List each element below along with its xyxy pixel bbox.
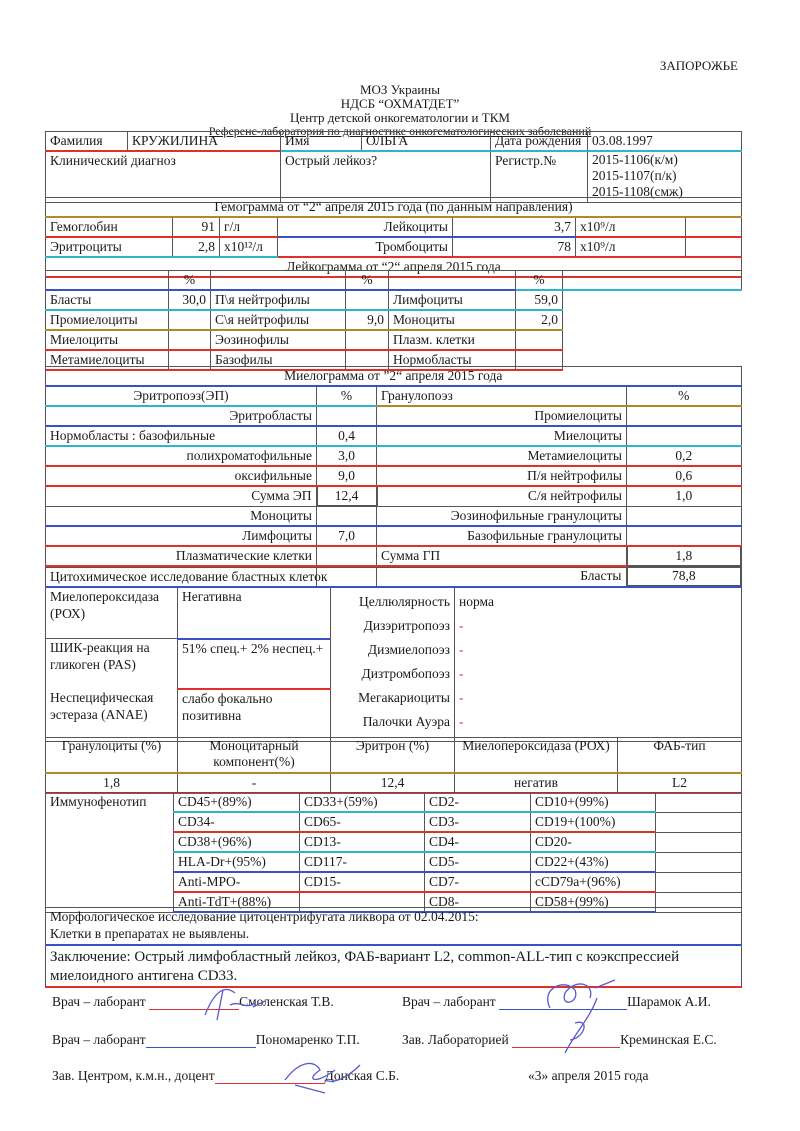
feature-label: Палочки Ауэра [335,710,450,734]
platelets-unit: x10⁹/л [576,237,686,257]
immuno-marker: CD10+(99%) [531,793,656,813]
cell-value [516,330,563,350]
feature-value: - [459,614,737,638]
myelogram-row: ЭритробластыПромиелоциты [46,406,742,426]
cell-label: Промиелоциты [46,310,169,330]
erythropoiesis-header: Эритропоэз(ЭП) [46,386,317,406]
cell-value: 30,0 [169,290,211,310]
feature-label: Целлюлярность [335,590,450,614]
summary-value: 12,4 [331,773,455,793]
signature-row-3: Врач – лаборантПономаренко Т.П. [52,1032,360,1048]
cell-value: 3,0 [317,446,377,466]
erythrocytes-unit: x10¹²/л [220,237,278,257]
surname-label: Фамилия [46,132,128,152]
feature-value: норма [459,590,737,614]
test-pas-result: 51% спец.+ 2% неспец.+ [178,639,331,690]
summary-header: Гранулоциты (%) [46,738,178,774]
hemoglobin-label: Гемоглобин [46,217,173,237]
leukocytes-value: 3,7 [453,217,576,237]
cell-label: Нормобласты : базофильные [46,426,317,446]
cell-value: 2,0 [516,310,563,330]
cell-label: Эозинофилы [211,330,346,350]
cell-value: 0,6 [627,466,742,486]
cell-label: Сумма ГП [377,546,627,566]
immuno-marker: HLA-Dr+(95%) [174,852,300,872]
leukogram-table: % % % Бласты30,0П\я нейтрофилыЛимфоциты5… [45,270,742,371]
myelogram-row: Плазматические клеткиСумма ГП1,8 [46,546,742,566]
cell-label: Эозинофильные гранулоциты [377,506,627,526]
immuno-marker: CD45+(89%) [174,793,300,813]
leukocytes-label: Лейкоциты [278,217,453,237]
cell-label: Моноциты [46,506,317,526]
cell-value [346,330,389,350]
cell-label: Бласты [46,290,169,310]
myelogram-row: Сумма ЭП12,4С/я нейтрофилы1,0 [46,486,742,506]
report-date: «3» апреля 2015 года [528,1068,649,1084]
immuno-marker: CD7- [425,872,531,892]
immuno-marker: CD65- [300,812,425,832]
hemoglobin-unit: г/л [220,217,278,237]
immuno-marker: CD38+(96%) [174,832,300,852]
feature-value: - [459,686,737,710]
feature-label: Дизтромбопоэз [335,662,450,686]
immuno-label: Иммунофенотип [46,793,174,913]
myelogram-row: полихроматофильные3,0Метамиелоциты0,2 [46,446,742,466]
immuno-marker: CD2- [425,793,531,813]
reg-number: 2015-1107(п/к) [592,168,737,184]
signature-role: Врач – лаборант [402,994,496,1009]
cell-label: Лимфоциты [389,290,516,310]
summary-value: 1,8 [46,773,178,793]
cytochem-title: Цитохимическое исследование бластных кле… [46,568,742,588]
immuno-marker: cCD79a+(96%) [531,872,656,892]
cell-label: полихроматофильные [46,446,317,466]
immuno-marker: Anti-MPO- [174,872,300,892]
summary-header: Моноцитарный компонент(%) [178,738,331,774]
signature-scribble-icon [275,1055,365,1095]
reg-number: 2015-1106(к/м) [592,152,737,168]
immuno-marker: CD20- [531,832,656,852]
cell-value: 9,0 [317,466,377,486]
signature-name: Креминская Е.С. [620,1032,717,1047]
immuno-marker: CD3- [425,812,531,832]
hemogram-title: Гемограмма от “2“ апреля 2015 года (по д… [46,198,742,218]
cell-label: П/я нейтрофилы [377,466,627,486]
immuno-marker: CD33+(59%) [300,793,425,813]
cell-label: Миелоциты [377,426,627,446]
feature-value: - [459,662,737,686]
cell-value: 12,4 [317,486,377,506]
summary-value: L2 [618,773,742,793]
cell-label: Промиелоциты [377,406,627,426]
test-pox-name: Миелопероксидаза (РОХ) [46,587,178,639]
cell-value: 1,0 [627,486,742,506]
cell-value: 0,4 [317,426,377,446]
cell-value: 9,0 [346,310,389,330]
cell-value [317,406,377,426]
pct-header: % [516,271,563,291]
feature-value: - [459,710,737,734]
test-anae-result: слабо фокально позитивна [178,689,331,742]
csf-result: Клетки в препаратах не выявлены. [50,925,737,942]
immuno-marker: CD19+(100%) [531,812,656,832]
cell-label: Эритробласты [46,406,317,426]
diagnosis-value: Острый лейкоз? [281,151,491,202]
signature-name: Пономаренко Т.П. [256,1032,360,1047]
cell-label: Плазм. клетки [389,330,516,350]
city-label: ЗАПОРОЖЬЕ [660,58,738,74]
immuno-marker: CD13- [300,832,425,852]
immuno-marker: CD5- [425,852,531,872]
summary-table: Гранулоциты (%)Моноцитарный компонент(%)… [45,737,742,794]
feature-value: - [459,638,737,662]
signature-role: Зав. Лабораторией [402,1032,509,1047]
cell-label: Метамиелоциты [377,446,627,466]
cytochem-features-labels: Целлюлярность Дизэритропоэз Дизмиелопоэз… [331,587,455,742]
cell-value: 59,0 [516,290,563,310]
erythrocytes-label: Эритроциты [46,237,173,257]
feature-label: Дизмиелопоэз [335,638,450,662]
cell-value [169,310,211,330]
cell-value: 0,2 [627,446,742,466]
leukocytes-unit: x10⁹/л [576,217,686,237]
myelogram-row: Лимфоциты7,0Базофильные гранулоциты [46,526,742,546]
reg-label: Регистр.№ [491,151,588,202]
cell-value [317,546,377,566]
signature-role: Врач – лаборант [52,994,146,1009]
test-pas-name: ШИК-реакция на гликоген (PAS) [46,639,178,690]
myelogram-title: Миелограмма от ”2“ апреля 2015 года [46,367,742,387]
leukogram-row: МиелоцитыЭозинофилыПлазм. клетки [46,330,742,350]
center-heading: Центр детской онкогематологии и ТКМ [0,110,800,125]
signature-role: Зав. Центром, к.м.н., доцент [52,1068,215,1083]
pct-header: % [169,271,211,291]
name-value: ОЛЬГА [362,132,491,152]
signature-scribble-icon [195,985,275,1025]
signature-role: Врач – лаборант [52,1032,146,1047]
cytochem-features-values: норма - - - - - [455,587,742,742]
myelogram-row: МоноцитыЭозинофильные гранулоциты [46,506,742,526]
leukogram-row: ПромиелоцитыС\я нейтрофилы9,0Моноциты2,0 [46,310,742,330]
myelogram-row: Нормобласты : базофильные0,4Миелоциты [46,426,742,446]
cell-value [169,330,211,350]
hemoglobin-value: 91 [173,217,220,237]
signature-row-1: Врач – лаборант Смоленская Т.В. [52,994,334,1010]
csf-title: Морфологическое исследование цитоцентриф… [50,908,737,925]
myelogram-row: оксифильные9,0П/я нейтрофилы0,6 [46,466,742,486]
leukogram-row: Бласты30,0П\я нейтрофилыЛимфоциты59,0 [46,290,742,310]
cell-label: оксифильные [46,466,317,486]
patient-table: Фамилия КРУЖИЛИНА Имя ОЛЬГА Дата рождени… [45,131,742,203]
pct-header: % [317,386,377,406]
dob-value: 03.08.1997 [588,132,742,152]
surname-value: КРУЖИЛИНА [128,132,281,152]
cytochem-table: Цитохимическое исследование бластных кле… [45,567,742,742]
pct-header: % [346,271,389,291]
hemogram-table: Гемограмма от “2“ апреля 2015 года (по д… [45,197,742,278]
hospital-heading: НДСБ “ОХМАТДЕТ” [0,96,800,111]
cell-label: Плазматические клетки [46,546,317,566]
cell-label: Базофильные гранулоциты [377,526,627,546]
cell-value: 1,8 [627,546,742,566]
cell-label: С/я нейтрофилы [377,486,627,506]
immuno-marker: CD22+(43%) [531,852,656,872]
cell-label: С\я нейтрофилы [211,310,346,330]
summary-header: Миелопероксидаза (РОХ) [455,738,618,774]
conclusion: Заключение: Острый лимфобластный лейкоз,… [46,945,742,987]
signature-scribble-icon [535,978,625,1058]
diagnosis-label: Клинический диагноз [46,151,281,202]
cell-value [627,426,742,446]
summary-header: ФАБ-тип [618,738,742,774]
pct-header: % [627,386,742,406]
csf-table: Морфологическое исследование цитоцентриф… [45,907,742,988]
cell-label: Сумма ЭП [46,486,317,506]
cell-label: Миелоциты [46,330,169,350]
cell-value [627,526,742,546]
platelets-value: 78 [453,237,576,257]
cell-label: Лимфоциты [46,526,317,546]
ministry-heading: МОЗ Украины [0,82,800,97]
immuno-row: ИммунофенотипCD45+(89%)CD33+(59%)CD2-CD1… [46,793,742,813]
summary-header: Эритрон (%) [331,738,455,774]
cell-label: П\я нейтрофилы [211,290,346,310]
signature-name: Шарамок А.И. [627,994,711,1009]
cell-label: Моноциты [389,310,516,330]
dob-label: Дата рождения [491,132,588,152]
cell-value [346,290,389,310]
immuno-marker: CD117- [300,852,425,872]
cell-value [627,406,742,426]
feature-label: Мегакариоциты [335,686,450,710]
summary-value: негатив [455,773,618,793]
test-pox-result: Негативна [178,587,331,639]
erythrocytes-value: 2,8 [173,237,220,257]
name-label: Имя [281,132,362,152]
cell-value: 7,0 [317,526,377,546]
immuno-marker: CD15- [300,872,425,892]
cell-value [627,506,742,526]
feature-label: Дизэритропоэз [335,614,450,638]
immuno-marker: CD4- [425,832,531,852]
test-anae-name: Неспецифическая эстераза (ANAE) [46,689,178,742]
immuno-table: ИммунофенотипCD45+(89%)CD33+(59%)CD2-CD1… [45,792,742,913]
platelets-label: Тромбоциты [278,237,453,257]
granulopoiesis-header: Гранулопоэз [377,386,627,406]
cell-value [317,506,377,526]
summary-value: - [178,773,331,793]
reg-numbers: 2015-1106(к/м) 2015-1107(п/к) 2015-1108(… [588,151,742,202]
myelogram-table: Миелограмма от ”2“ апреля 2015 года Эрит… [45,366,742,587]
immuno-marker: CD34- [174,812,300,832]
